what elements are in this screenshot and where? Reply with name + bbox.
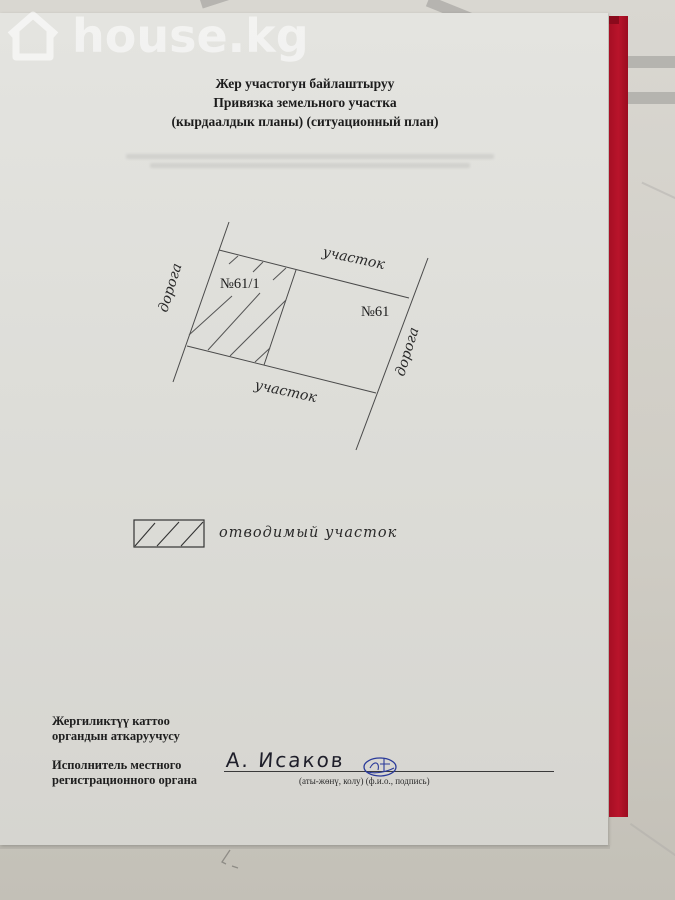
red-binding-strip bbox=[609, 16, 628, 817]
hatched-rectangle-icon bbox=[133, 518, 205, 548]
title-line-ky: Жер участогун байлаштыруу bbox=[100, 74, 510, 93]
floor-tile-seam bbox=[630, 823, 675, 859]
title-line-subtitle: (кырдаалдык планы) (ситуационный план) bbox=[100, 112, 510, 131]
page-shadow bbox=[0, 845, 610, 849]
watermark-text: house.kg bbox=[72, 9, 309, 63]
document-title: Жер участогун байлаштыруу Привязка земел… bbox=[100, 74, 510, 131]
executor-ky-line2: органдын аткаруучусу bbox=[52, 729, 197, 744]
executor-signature-block: Жергиликтүү каттоо органдын аткаруучусу … bbox=[52, 714, 197, 788]
handwritten-name: А. Исаков bbox=[225, 748, 345, 772]
executor-ky-line1: Жергиликтүү каттоо bbox=[52, 714, 197, 729]
floor-tile-seam bbox=[641, 182, 675, 201]
reverse-side-show-through bbox=[110, 150, 510, 178]
legend-label: отводимый участок bbox=[219, 525, 397, 541]
legend: отводимый участок bbox=[133, 518, 397, 548]
title-line-ru: Привязка земельного участка bbox=[100, 93, 510, 112]
floor-scuff bbox=[218, 848, 248, 878]
binding-notch bbox=[609, 16, 619, 24]
signature-caption: (аты-жөнү, колу) (ф.и.о., подпись) bbox=[299, 776, 430, 786]
executor-ru-line1: Исполнитель местного bbox=[52, 758, 197, 773]
floor-tile-seam bbox=[628, 92, 675, 104]
executor-ru-line2: регистрационного органа bbox=[52, 773, 197, 788]
house-icon bbox=[4, 11, 62, 61]
pen-signature-icon bbox=[360, 752, 400, 778]
watermark: house.kg bbox=[4, 8, 309, 64]
floor-tile-seam bbox=[628, 56, 675, 68]
